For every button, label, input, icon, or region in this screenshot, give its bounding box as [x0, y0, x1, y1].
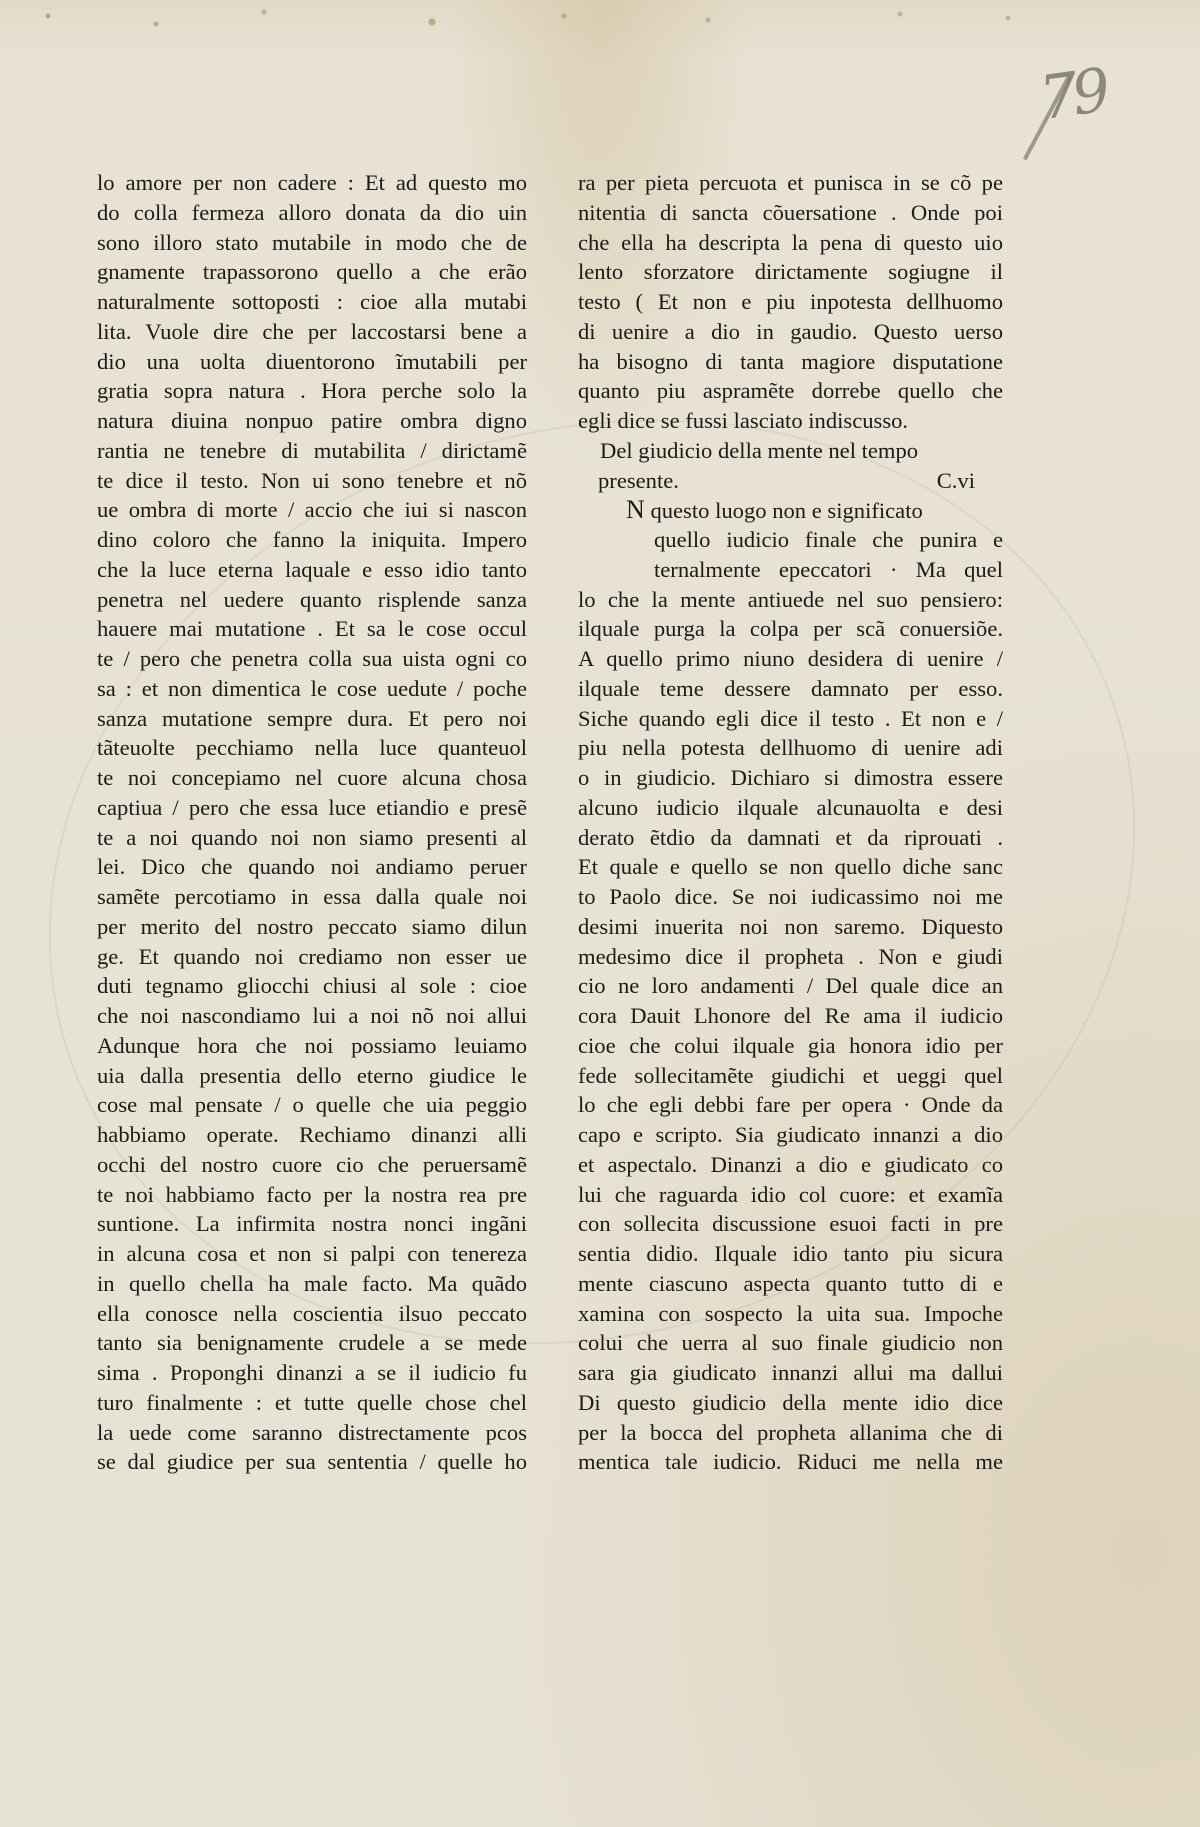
- text-line: capo e scripto. Sia giudicato innanzi a …: [578, 1120, 1003, 1150]
- text-line: et aspectalo. Dinanzi a dio e giudicato …: [578, 1150, 1003, 1180]
- text-line: o in giudicio. Dichiaro si dimostra esse…: [578, 763, 1003, 793]
- text-line: te noi habbiamo facto per la nostra rea …: [97, 1180, 527, 1210]
- text-line: ha bisogno di tanta magiore disputatione: [578, 347, 1003, 377]
- text-line: lento sforzatore dirictamente sogiugne i…: [578, 257, 1003, 287]
- text-line: la uede come saranno distrectamente pcos: [97, 1418, 527, 1448]
- text-line: suntione. La infirmita nostra nonci ingã…: [97, 1209, 527, 1239]
- text-line: che noi nascondiamo lui a noi nõ noi all…: [97, 1001, 527, 1031]
- text-line: alcuno iudicio ilquale alcunauolta e des…: [578, 793, 1003, 823]
- text-line: captiua / pero che essa luce etiandio e …: [97, 793, 527, 823]
- drop-initial: N: [626, 495, 645, 524]
- text-line: cose mal pensate / o quelle che uia pegg…: [97, 1090, 527, 1120]
- text-line: occhi del nostro cuore cio che peruersam…: [97, 1150, 527, 1180]
- text-line: che la luce eterna laquale e esso idio t…: [97, 555, 527, 585]
- text-line: lui che raguarda idio col cuore: et exam…: [578, 1180, 1003, 1210]
- text-line: ilquale purga la colpa per scã conuersiõ…: [578, 614, 1003, 644]
- chapter-heading-line2: presente. C.vi: [578, 466, 1003, 496]
- text-line: lei. Dico che quando noi andiamo peruer: [97, 852, 527, 882]
- chapter-number: C.vi: [937, 466, 975, 496]
- text-line: di uenire a dio in gaudio. Questo uerso: [578, 317, 1003, 347]
- text-line: A quello primo niuno desidera di uenire …: [578, 644, 1003, 674]
- text-line: ternalmente epeccatori · Ma quel: [578, 555, 1003, 585]
- text-line: testo ( Et non e piu inpotesta dellhuomo: [578, 287, 1003, 317]
- text-line: sa : et non dimentica le cose uedute / p…: [97, 674, 527, 704]
- text-line: te dice il testo. Non ui sono tenebre et…: [97, 466, 527, 496]
- text-line: xamina con sospecto la uita sua. Impoche: [578, 1299, 1003, 1329]
- text-line: Siche quando egli dice il testo . Et non…: [578, 704, 1003, 734]
- text-line: do colla fermeza alloro donata da dio ui…: [97, 198, 527, 228]
- text-line: ge. Et quando noi crediamo non esser ue: [97, 942, 527, 972]
- text-line: cioe che colui ilquale gia honora idio p…: [578, 1031, 1003, 1061]
- text-line: turo finalmente : et tutte quelle chose …: [97, 1388, 527, 1418]
- text-line: sanza mutatione sempre dura. Et pero noi: [97, 704, 527, 734]
- text-line: duti tegnamo gliocchi chiusi al sole : c…: [97, 971, 527, 1001]
- text-line: Adunque hora che noi possiamo leuiamo: [97, 1031, 527, 1061]
- text-line: Et quale e quello se non quello diche sa…: [578, 852, 1003, 882]
- text-line: sima . Proponghi dinanzi a se il iudicio…: [97, 1358, 527, 1388]
- text-line: lo che la mente antiuede nel suo pensier…: [578, 585, 1003, 615]
- text-line: lo amore per non cadere : Et ad questo m…: [97, 168, 527, 198]
- text-line: sara gia giudicato innanzi allui ma dall…: [578, 1358, 1003, 1388]
- text-line: ra per pieta percuota et punisca in se c…: [578, 168, 1003, 198]
- text-line: hauere mai mutatione . Et sa le cose occ…: [97, 614, 527, 644]
- text-line: egli dice se fussi lasciato indiscusso.: [578, 406, 1003, 436]
- text-line: habbiamo operate. Rechiamo dinanzi alli: [97, 1120, 527, 1150]
- text-line: in quello chella ha male facto. Ma quãdo: [97, 1269, 527, 1299]
- text-line: naturalmente sottoposti : cioe alla muta…: [97, 287, 527, 317]
- text-line: dino coloro che fanno la iniquita. Imper…: [97, 525, 527, 555]
- text-line: lita. Vuole dire che per laccostarsi ben…: [97, 317, 527, 347]
- foxing-stains: [0, 0, 1200, 40]
- right-text-column: ra per pieta percuota et punisca in se c…: [578, 168, 1003, 1477]
- text-line: natura diuina nonpuo patire ombra digno: [97, 406, 527, 436]
- text-line: te a noi quando noi non siamo presenti a…: [97, 823, 527, 853]
- text-line: N questo luogo non e significato: [578, 495, 1003, 525]
- text-line: lo che egli debbi fare per opera · Onde …: [578, 1090, 1003, 1120]
- text-line: in alcuna cosa et non si palpi con tener…: [97, 1239, 527, 1269]
- text-line: con sollecita discussione esuoi facti in…: [578, 1209, 1003, 1239]
- chapter-heading-subtitle: presente.: [598, 466, 679, 496]
- text-line: medesimo dice il propheta . Non e giudi: [578, 942, 1003, 972]
- text-line: per merito del nostro peccato siamo dilu…: [97, 912, 527, 942]
- text-line: mentica tale iudicio. Riduci me nella me: [578, 1447, 1003, 1477]
- text-line: se dal giudice per sua sententia / quell…: [97, 1447, 527, 1477]
- text-line: cora Dauit Lhonore del Re ama il iudicio: [578, 1001, 1003, 1031]
- text-line: gratia sopra natura . Hora perche solo l…: [97, 376, 527, 406]
- text-line: cio ne loro andamenti / Del quale dice a…: [578, 971, 1003, 1001]
- text-line: quanto piu aspramẽte dorrebe quello che: [578, 376, 1003, 406]
- text-line: fede sollecitamẽte giudichi et ueggi que…: [578, 1061, 1003, 1091]
- text-line: uia dalla presentia dello eterno giudice…: [97, 1061, 527, 1091]
- text-line: sentia didio. Ilquale idio tanto piu sic…: [578, 1239, 1003, 1269]
- text-line: to Paolo dice. Se noi iudicassimo noi me: [578, 882, 1003, 912]
- text-line: dio una uolta diuentorono ĩmutabili per: [97, 347, 527, 377]
- text-line: te / pero che penetra colla sua uista og…: [97, 644, 527, 674]
- text-line: nitentia di sancta cõuersatione . Onde p…: [578, 198, 1003, 228]
- text-line-rest: questo luogo non e significato: [650, 498, 922, 523]
- text-line: sono illoro stato mutabile in modo che d…: [97, 228, 527, 258]
- text-line: penetra nel uedere quanto risplende sanz…: [97, 585, 527, 615]
- text-line: colui che uerra al suo finale giudicio n…: [578, 1328, 1003, 1358]
- text-line: ilquale teme dessere damnato per esso.: [578, 674, 1003, 704]
- text-line: ella conosce nella coscientia ilsuo pecc…: [97, 1299, 527, 1329]
- text-line: te noi concepiamo nel cuore alcuna chosa: [97, 763, 527, 793]
- text-line: ue ombra di morte / accio che iui si nas…: [97, 495, 527, 525]
- text-line: derato ẽtdio da damnati et da riprouati …: [578, 823, 1003, 853]
- handwritten-folio-number: 79: [1035, 56, 1108, 134]
- text-line: rantia ne tenebre di mutabilita / dirict…: [97, 436, 527, 466]
- text-line: piu nella potesta dellhuomo di uenire ad…: [578, 733, 1003, 763]
- text-line: Di questo giudicio della mente idio dice: [578, 1388, 1003, 1418]
- text-line: samẽte percotiamo in essa dalla quale no…: [97, 882, 527, 912]
- text-line: gnamente trapassorono quello a che erão: [97, 257, 527, 287]
- book-page: 79 lo amore per non cadere : Et ad quest…: [0, 0, 1200, 1827]
- text-line: desimi inuerita noi non saremo. Diquesto: [578, 912, 1003, 942]
- text-line: che ella ha descripta la pena di questo …: [578, 228, 1003, 258]
- text-line: tãteuolte pecchiamo nella luce quanteuol: [97, 733, 527, 763]
- text-line: quello iudicio finale che punira e: [578, 525, 1003, 555]
- text-line: mente ciascuno aspecta quanto tutto di e: [578, 1269, 1003, 1299]
- left-text-column: lo amore per non cadere : Et ad questo m…: [97, 168, 527, 1477]
- text-line: tanto sia benignamente crudele a se mede: [97, 1328, 527, 1358]
- text-line: per la bocca del propheta allanima che d…: [578, 1418, 1003, 1448]
- chapter-heading-line1: Del giudicio della mente nel tempo: [578, 436, 1003, 466]
